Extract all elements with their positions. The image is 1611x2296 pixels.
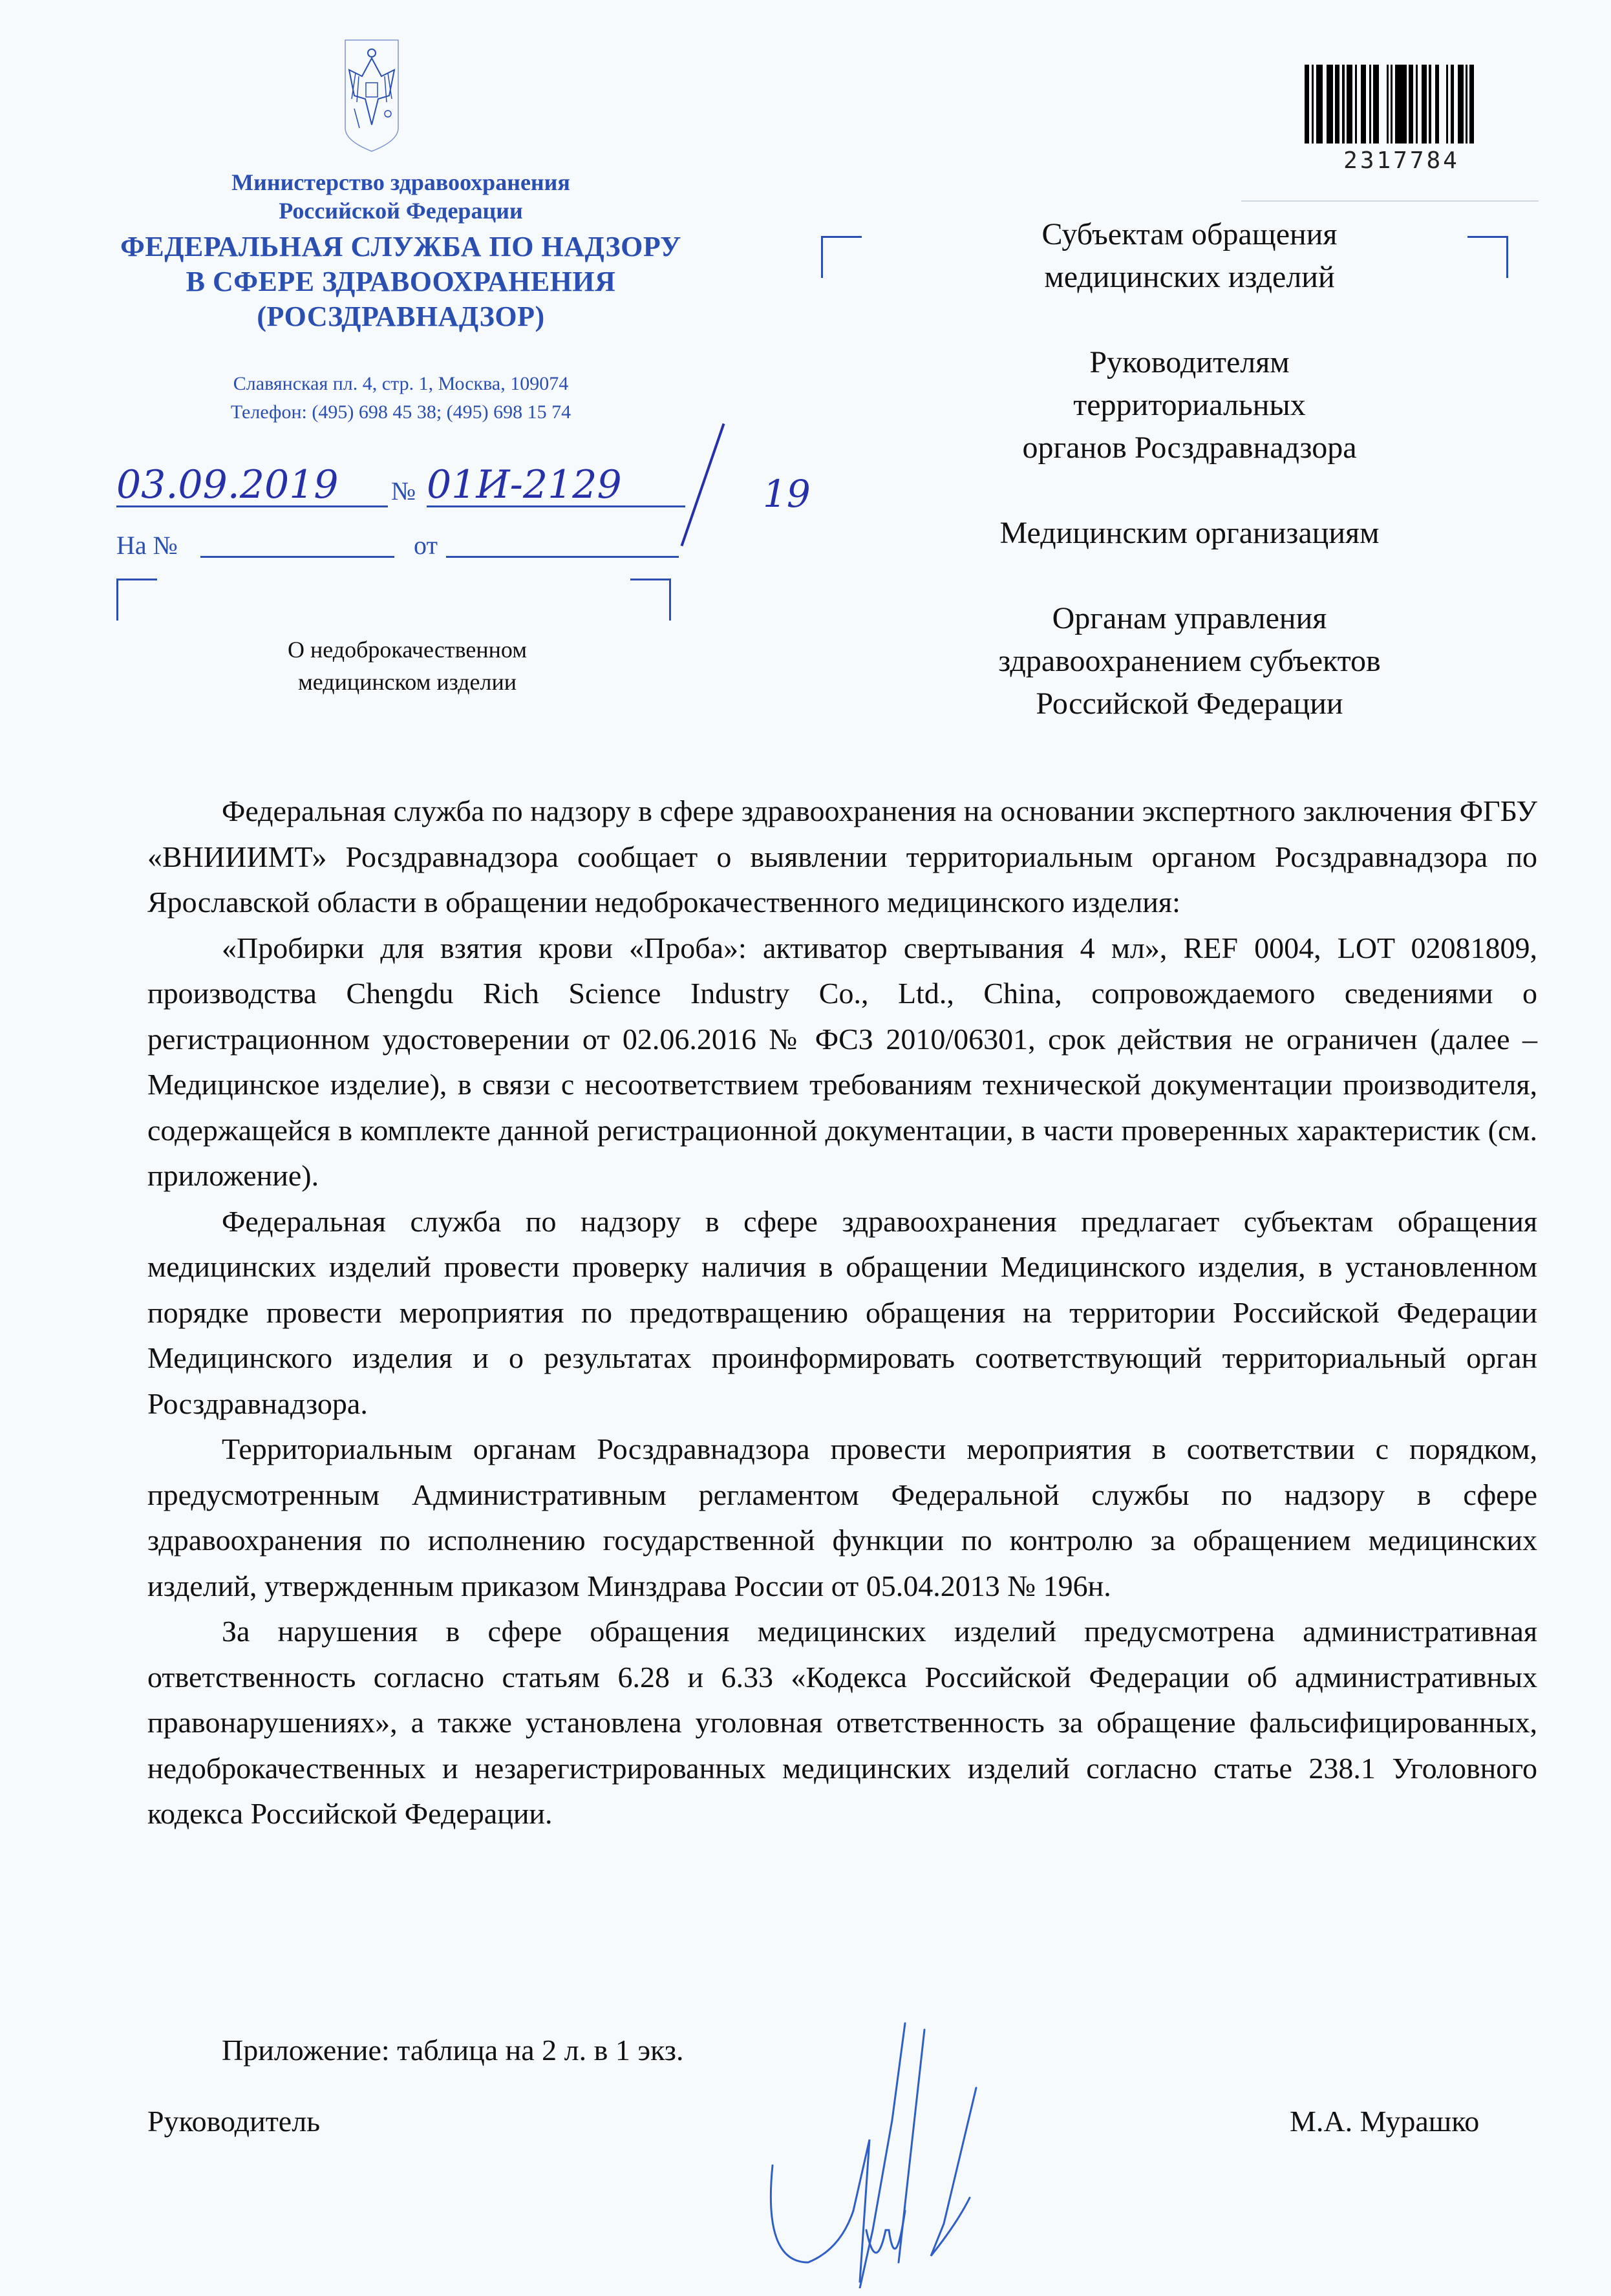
- subject-bracket-left: [116, 579, 157, 621]
- addressee-bracket-left: [821, 236, 862, 278]
- ministry-line-2: Российской Федерации: [116, 197, 685, 225]
- addressee-item: Медицинским организациям: [924, 512, 1455, 555]
- addressee-line: Руководителям: [924, 341, 1455, 384]
- addressee-line: медицинских изделий: [924, 256, 1455, 299]
- attachment-note: Приложение: таблица на 2 л. в 1 экз.: [222, 2033, 683, 2067]
- reply-from-date-field: [446, 556, 679, 558]
- body-paragraph: Федеральная служба по надзору в сфере зд…: [147, 789, 1537, 926]
- body-paragraph: «Пробирки для взятия крови «Проба»: акти…: [147, 926, 1537, 1199]
- document-number-suffix: 19: [763, 472, 811, 516]
- subject-line-1: О недоброкачественном: [246, 633, 569, 666]
- body-paragraph: За нарушения в сфере обращения медицинск…: [147, 1609, 1537, 1837]
- addressee-line: органов Росздравнадзора: [924, 427, 1455, 469]
- addressee-item: Субъектам обращения медицинских изделий: [924, 213, 1455, 299]
- service-line-2: В СФЕРЕ ЗДРАВООХРАНЕНИЯ: [116, 264, 685, 299]
- addressee-line: территориальных: [924, 384, 1455, 427]
- reply-to-number-field: [200, 556, 394, 558]
- barcode: [1305, 65, 1499, 143]
- subject-bracket-right: [630, 579, 671, 621]
- addressee-item: Руководителям территориальных органов Ро…: [924, 341, 1455, 469]
- barcode-number: 2317784: [1305, 147, 1499, 174]
- phone: Телефон: (495) 698 45 38; (495) 698 15 7…: [116, 398, 685, 427]
- document-date: 03.09.2019: [116, 464, 388, 507]
- service-line-1: ФЕДЕРАЛЬНАЯ СЛУЖБА ПО НАДЗОРУ: [116, 229, 685, 264]
- addressee-bracket-right: [1467, 236, 1508, 278]
- service-name: ФЕДЕРАЛЬНАЯ СЛУЖБА ПО НАДЗОРУ В СФЕРЕ ЗД…: [116, 229, 685, 334]
- address: Славянская пл. 4, стр. 1, Москва, 109074: [116, 370, 685, 398]
- addressee-block: Субъектам обращения медицинских изделий …: [924, 213, 1455, 725]
- addressee-item: Органам управления здравоохранением субъ…: [924, 597, 1455, 725]
- letter-body: Федеральная служба по надзору в сфере зд…: [147, 789, 1537, 1837]
- handwritten-signature-icon: [763, 2017, 1067, 2288]
- addressee-line: Медицинским организациям: [924, 512, 1455, 555]
- signatory-name: М.А. Мурашко: [1290, 2104, 1479, 2138]
- number-sign: №: [391, 476, 416, 506]
- addressee-line: Российской Федерации: [924, 683, 1455, 725]
- addressee-line: Субъектам обращения: [924, 213, 1455, 256]
- subject-line-2: медицинском изделии: [246, 666, 569, 698]
- document-number: 01И-2129: [427, 464, 685, 507]
- reply-from-label: от: [414, 530, 438, 560]
- service-line-3: (РОСЗДРАВНАДЗОР): [116, 299, 685, 334]
- ministry-line-1: Министерство здравоохранения: [116, 168, 685, 197]
- subject: О недоброкачественном медицинском издели…: [246, 633, 569, 698]
- addressee-line: здравоохранением субъектов: [924, 640, 1455, 683]
- body-paragraph: Территориальным органам Росздравнадзора …: [147, 1427, 1537, 1609]
- divider: [1241, 200, 1539, 202]
- ministry-name: Министерство здравоохранения Российской …: [116, 168, 685, 225]
- contact-block: Славянская пл. 4, стр. 1, Москва, 109074…: [116, 370, 685, 427]
- handwritten-slash: [681, 423, 725, 546]
- body-paragraph: Федеральная служба по надзору в сфере зд…: [147, 1199, 1537, 1427]
- addressee-line: Органам управления: [924, 597, 1455, 640]
- signatory-role: Руководитель: [147, 2104, 320, 2138]
- reply-to-label: На №: [116, 530, 178, 560]
- russian-coat-of-arms-icon: [343, 37, 401, 154]
